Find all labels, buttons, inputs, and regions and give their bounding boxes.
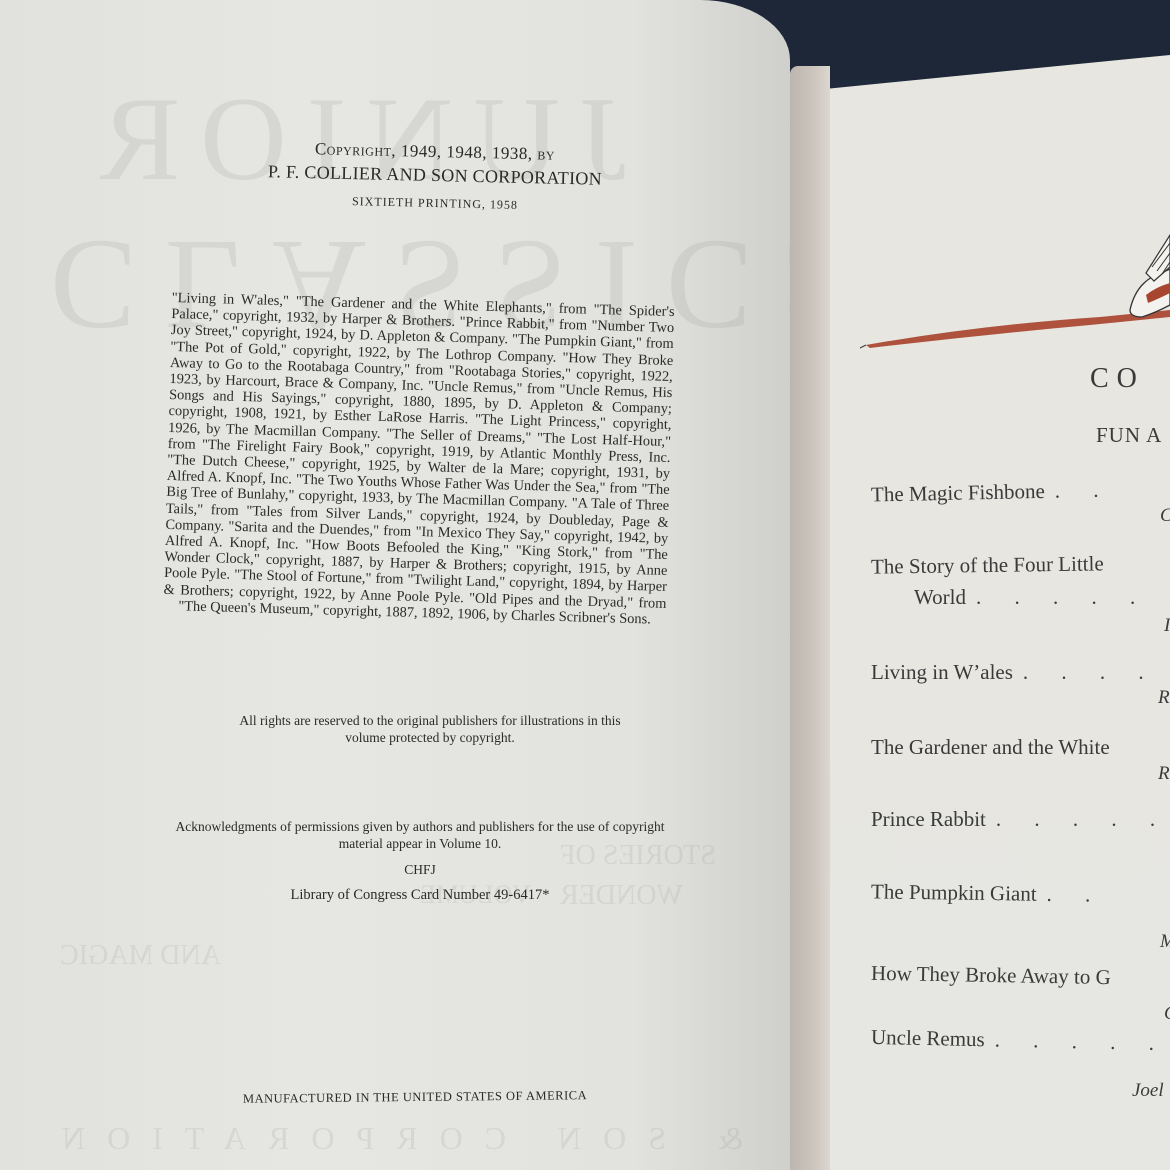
toc-leader-dots: . . — [1055, 477, 1113, 502]
permissions-note: Acknowledgments of permissions given by … — [160, 818, 680, 852]
toc-title: The Gardener and the White — [871, 735, 1110, 759]
toc-title: The Magic Fishbone — [871, 479, 1045, 507]
library-of-congress-number: Library of Congress Card Number 49-6417* — [230, 887, 610, 904]
show-through-magic: AND MAGIC — [60, 940, 221, 972]
toc-title: The Pumpkin Giant — [871, 879, 1037, 905]
contents-page: CO FUN A The Magic Fishbone. . C The Sto… — [830, 55, 1170, 1170]
page-gutter — [790, 66, 830, 1170]
toc-title: Living in W’ales — [871, 660, 1013, 684]
contents-heading: CO — [1090, 363, 1145, 395]
toc-entry-how-they-broke-away[interactable]: How They Broke Away to G — [871, 961, 1111, 990]
toc-author: M — [1160, 931, 1170, 953]
section-heading: FUN A — [1096, 423, 1162, 448]
copyright-page: JUNIOR CLASSICS STORIES OF WONDER AND MA… — [0, 0, 790, 1170]
toc-title: Uncle Remus — [871, 1025, 985, 1051]
show-through-publisher: P. F. COLLIER & SON CORPORATION — [40, 1120, 790, 1157]
toc-author: Ri — [1158, 763, 1170, 785]
manufactured-line: MANUFACTURED IN THE UNITED STATES OF AME… — [200, 1088, 630, 1108]
toc-leader-dots: . . . . — [1023, 660, 1158, 684]
printer-code: CHFJ — [370, 862, 470, 878]
toc-entry-gardener[interactable]: The Gardener and the White — [871, 735, 1110, 760]
toc-leader-dots: . . . . . — [994, 1027, 1168, 1055]
rights-note: All rights are reserved to the original … — [230, 712, 630, 746]
toc-title: Prince Rabbit — [871, 807, 986, 831]
toc-title: The Story of the Four Little — [871, 551, 1104, 578]
toc-entry-uncle-remus[interactable]: Uncle Remus. . . . . — [871, 1025, 1168, 1056]
toc-entry-magic-fishbone[interactable]: The Magic Fishbone. . — [871, 477, 1113, 507]
toc-title: How They Broke Away to G — [871, 961, 1111, 989]
hand-drawing-line-illustration-icon — [830, 55, 1170, 375]
acknowledgments-paragraph: "Living in W'ales," "The Gardener and th… — [163, 290, 675, 628]
toc-leader-dots: . . . . . . — [976, 585, 1170, 609]
toc-entry-living-in-wales[interactable]: Living in W’ales. . . . — [871, 660, 1158, 685]
toc-leader-dots: . . — [1046, 882, 1104, 907]
toc-title-line2: World — [914, 585, 966, 609]
toc-author: C — [1160, 505, 1170, 527]
toc-author: I — [1164, 615, 1170, 637]
toc-author: C — [1164, 1003, 1170, 1025]
toc-leader-dots: . . . . . — [996, 807, 1169, 831]
toc-entry-four-little[interactable]: The Story of the Four Little — [871, 551, 1104, 579]
toc-author: Joel — [1132, 1080, 1164, 1102]
toc-entry-prince-rabbit[interactable]: Prince Rabbit. . . . . — [871, 807, 1169, 832]
toc-entry-pumpkin-giant[interactable]: The Pumpkin Giant. . — [871, 879, 1105, 907]
printing-line: sixtieth printing, 1958 — [300, 193, 570, 214]
toc-entry-four-little-line2[interactable]: World. . . . . . — [914, 585, 1170, 610]
toc-author: Ri — [1158, 687, 1170, 709]
